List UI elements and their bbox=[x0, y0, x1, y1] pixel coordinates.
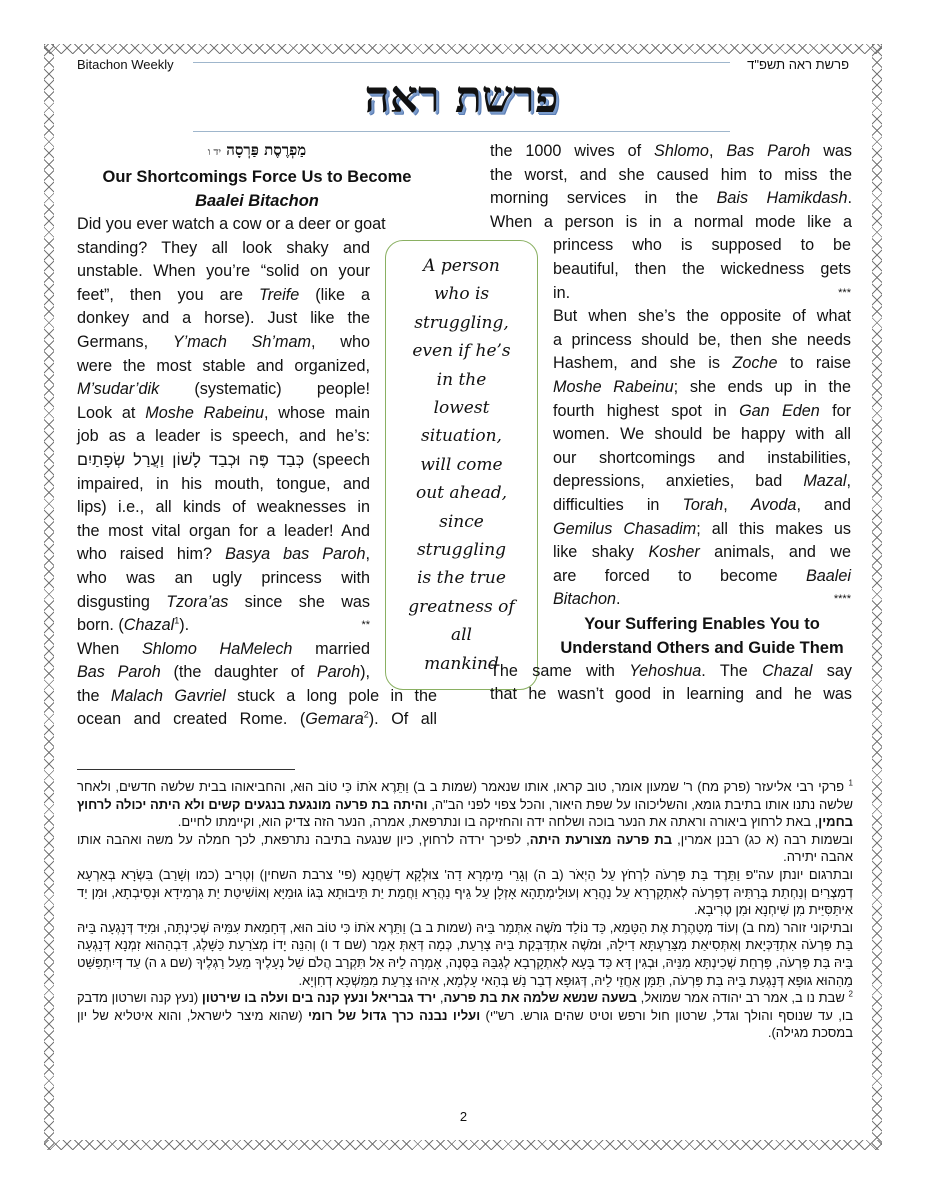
title-top-rule bbox=[193, 62, 730, 63]
body-line: Gemilus Chasadim; all this makes us bbox=[553, 518, 851, 542]
body-line: morning services in the Bais Hamikdash. bbox=[490, 187, 852, 211]
pull-quote-line: all bbox=[451, 621, 472, 649]
hebrew-quote: כְּבַד פֶּה וּכְבַד לָשׁוֹן וַעֲרַל שְׂפ… bbox=[77, 451, 304, 469]
body-line: who raised him? Basya bas Paroh, bbox=[77, 543, 370, 567]
body-line: Look at Moshe Rabeinu, whose main bbox=[77, 402, 370, 426]
body-line: But when she’s the opposite of what bbox=[553, 305, 851, 329]
body-line: When Shlomo HaMelech married bbox=[77, 638, 370, 662]
right-column: the 1000 wives of Shlomo, Bas Paroh was … bbox=[490, 140, 852, 707]
body-line: When a person is in a normal mode like a bbox=[490, 211, 852, 235]
page-title: פרשת ראה bbox=[193, 70, 730, 126]
title-bottom-rule bbox=[193, 131, 730, 132]
section-title-text: Our Shortcomings Force Us to Become bbox=[103, 168, 412, 186]
footnote-1-zohar: ובתיקוני זוהר (מח ב) וְעוֹד מְטַהֶרֶת אֶ… bbox=[77, 919, 853, 989]
body-line: standing? They all look shaky and bbox=[77, 237, 370, 261]
pull-quote-line: lowest bbox=[434, 394, 490, 422]
footnote-1: 1 פרקי רבי אליעזר (פרק מח) ר' שמעון אומר… bbox=[77, 778, 853, 831]
wrapped-paragraph: princess who is supposed to be beautiful… bbox=[553, 234, 851, 660]
pull-quote-line: who is bbox=[434, 280, 489, 308]
header-parsha-date: פרשת ראה תשפ"ד bbox=[747, 57, 849, 72]
hebrew-verse-text: מַפְרֶסֶת פַּרְסָה bbox=[226, 141, 306, 159]
footnote-separator bbox=[77, 769, 295, 770]
body-line: a princess should be, then she needs bbox=[553, 329, 851, 353]
footnote-2: 2 שבת נו ב, אמר רב יהודה אמר שמואל, בשעה… bbox=[77, 989, 853, 1042]
body-line: ocean and created Rome. (Gemara2). Of al… bbox=[77, 708, 437, 732]
body-line: Hashem, and she is Zoche to raise bbox=[553, 352, 851, 376]
body-line: beautiful, then the wickedness gets bbox=[553, 258, 851, 282]
body-line: the worst, and she caused him to miss th… bbox=[490, 164, 852, 188]
section-title-2: Your Suffering Enables You to Understand… bbox=[553, 612, 851, 660]
section-separator-stars: ** bbox=[361, 614, 370, 638]
pull-quote-line: mankind bbox=[424, 650, 499, 678]
body-line: Bas Paroh (the daughter of Paroh), bbox=[77, 661, 370, 685]
wrapped-paragraph: standing? They all look shaky and unstab… bbox=[77, 237, 370, 685]
footnote-number: 1 bbox=[849, 779, 853, 788]
body-line: M’sudar’dik (systematic) people! bbox=[77, 378, 370, 402]
footnote-1-midrash: ובשמות רבה (א כג) רבנן אמרין, בת פרעה מצ… bbox=[77, 831, 853, 866]
body-line: the Malach Gavriel stuck a long pole in … bbox=[77, 685, 437, 709]
section-separator-stars: **** bbox=[834, 588, 851, 612]
body-line: that he wasn’t good in learning and he w… bbox=[490, 683, 852, 707]
body-line: feet”, then you are Treife (like a bbox=[77, 284, 370, 308]
body-line: fourth highest spot in Gan Eden for bbox=[553, 400, 851, 424]
body-line: donkey and a horse). Just like the bbox=[77, 307, 370, 331]
body-line: our shortcomings and instabilities, bbox=[553, 447, 851, 471]
body-line: difficulties in Torah, Avoda, and bbox=[553, 494, 851, 518]
footnote-number: 2 bbox=[849, 990, 853, 999]
hebrew-verse-heading: מַפְרֶסֶת פַּרְסָה יד ו bbox=[77, 138, 437, 165]
section-separator-stars: *** bbox=[838, 282, 851, 306]
body-line: were the most stable and organized, bbox=[77, 355, 370, 379]
body-line: Bitachon.**** bbox=[553, 588, 851, 612]
body-line: The same with Yehoshua. The Chazal say bbox=[490, 660, 852, 684]
body-line: impaired, in his mouth, tongue, and bbox=[77, 473, 370, 497]
body-line: are forced to become Baalei bbox=[553, 565, 851, 589]
body-line: Germans, Y’mach Sh’mam, who bbox=[77, 331, 370, 355]
body-line: unstable. When you’re “solid on your bbox=[77, 260, 370, 284]
body-line: women. We should be happy with all bbox=[553, 423, 851, 447]
body-line: in.*** bbox=[553, 282, 851, 306]
body-line: disgusting Tzora’as since she was bbox=[77, 591, 370, 615]
pull-quote-line: since bbox=[439, 508, 484, 536]
header-publication-name: Bitachon Weekly bbox=[77, 57, 174, 72]
page-number: 2 bbox=[0, 1109, 927, 1124]
section-title-italic: Baalei Bitachon bbox=[195, 192, 319, 210]
body-line: born. (Chazal1).** bbox=[77, 614, 370, 638]
body-line: the most vital organ for a leader! And bbox=[77, 520, 370, 544]
body-line: like shaky Kosher animals, and we bbox=[553, 541, 851, 565]
body-line: Moshe Rabeinu; she ends up in the bbox=[553, 376, 851, 400]
pull-quote-line: A person bbox=[423, 252, 500, 280]
pull-quote-line: in the bbox=[437, 366, 487, 394]
section-title-1: Our Shortcomings Force Us to Become Baal… bbox=[77, 165, 437, 213]
body-line: Did you ever watch a cow or a deer or go… bbox=[77, 213, 437, 237]
body-line: princess who is supposed to be bbox=[553, 234, 851, 258]
left-column: מַפְרֶסֶת פַּרְסָה יד ו Our Shortcomings… bbox=[77, 138, 437, 732]
body-line: who was an ugly princess with bbox=[77, 567, 370, 591]
body-line: the 1000 wives of Shlomo, Bas Paroh was bbox=[490, 140, 852, 164]
footnotes: 1 פרקי רבי אליעזר (פרק מח) ר' שמעון אומר… bbox=[77, 778, 853, 1042]
footnote-1-targum: ובתרגום יונתן עה"פ וַתֵּרֶד בַּת פַּרְעֹ… bbox=[77, 866, 853, 919]
body-line: כְּבַד פֶּה וּכְבַד לָשׁוֹן וַעֲרַל שְׂפ… bbox=[77, 449, 370, 473]
body-line: depressions, anxieties, bad Mazal, bbox=[553, 470, 851, 494]
verse-reference: יד ו bbox=[208, 147, 221, 158]
body-line: lips) i.e., all kinds of weaknesses in bbox=[77, 496, 370, 520]
body-line: job as a leader is speech, and he’s: bbox=[77, 425, 370, 449]
